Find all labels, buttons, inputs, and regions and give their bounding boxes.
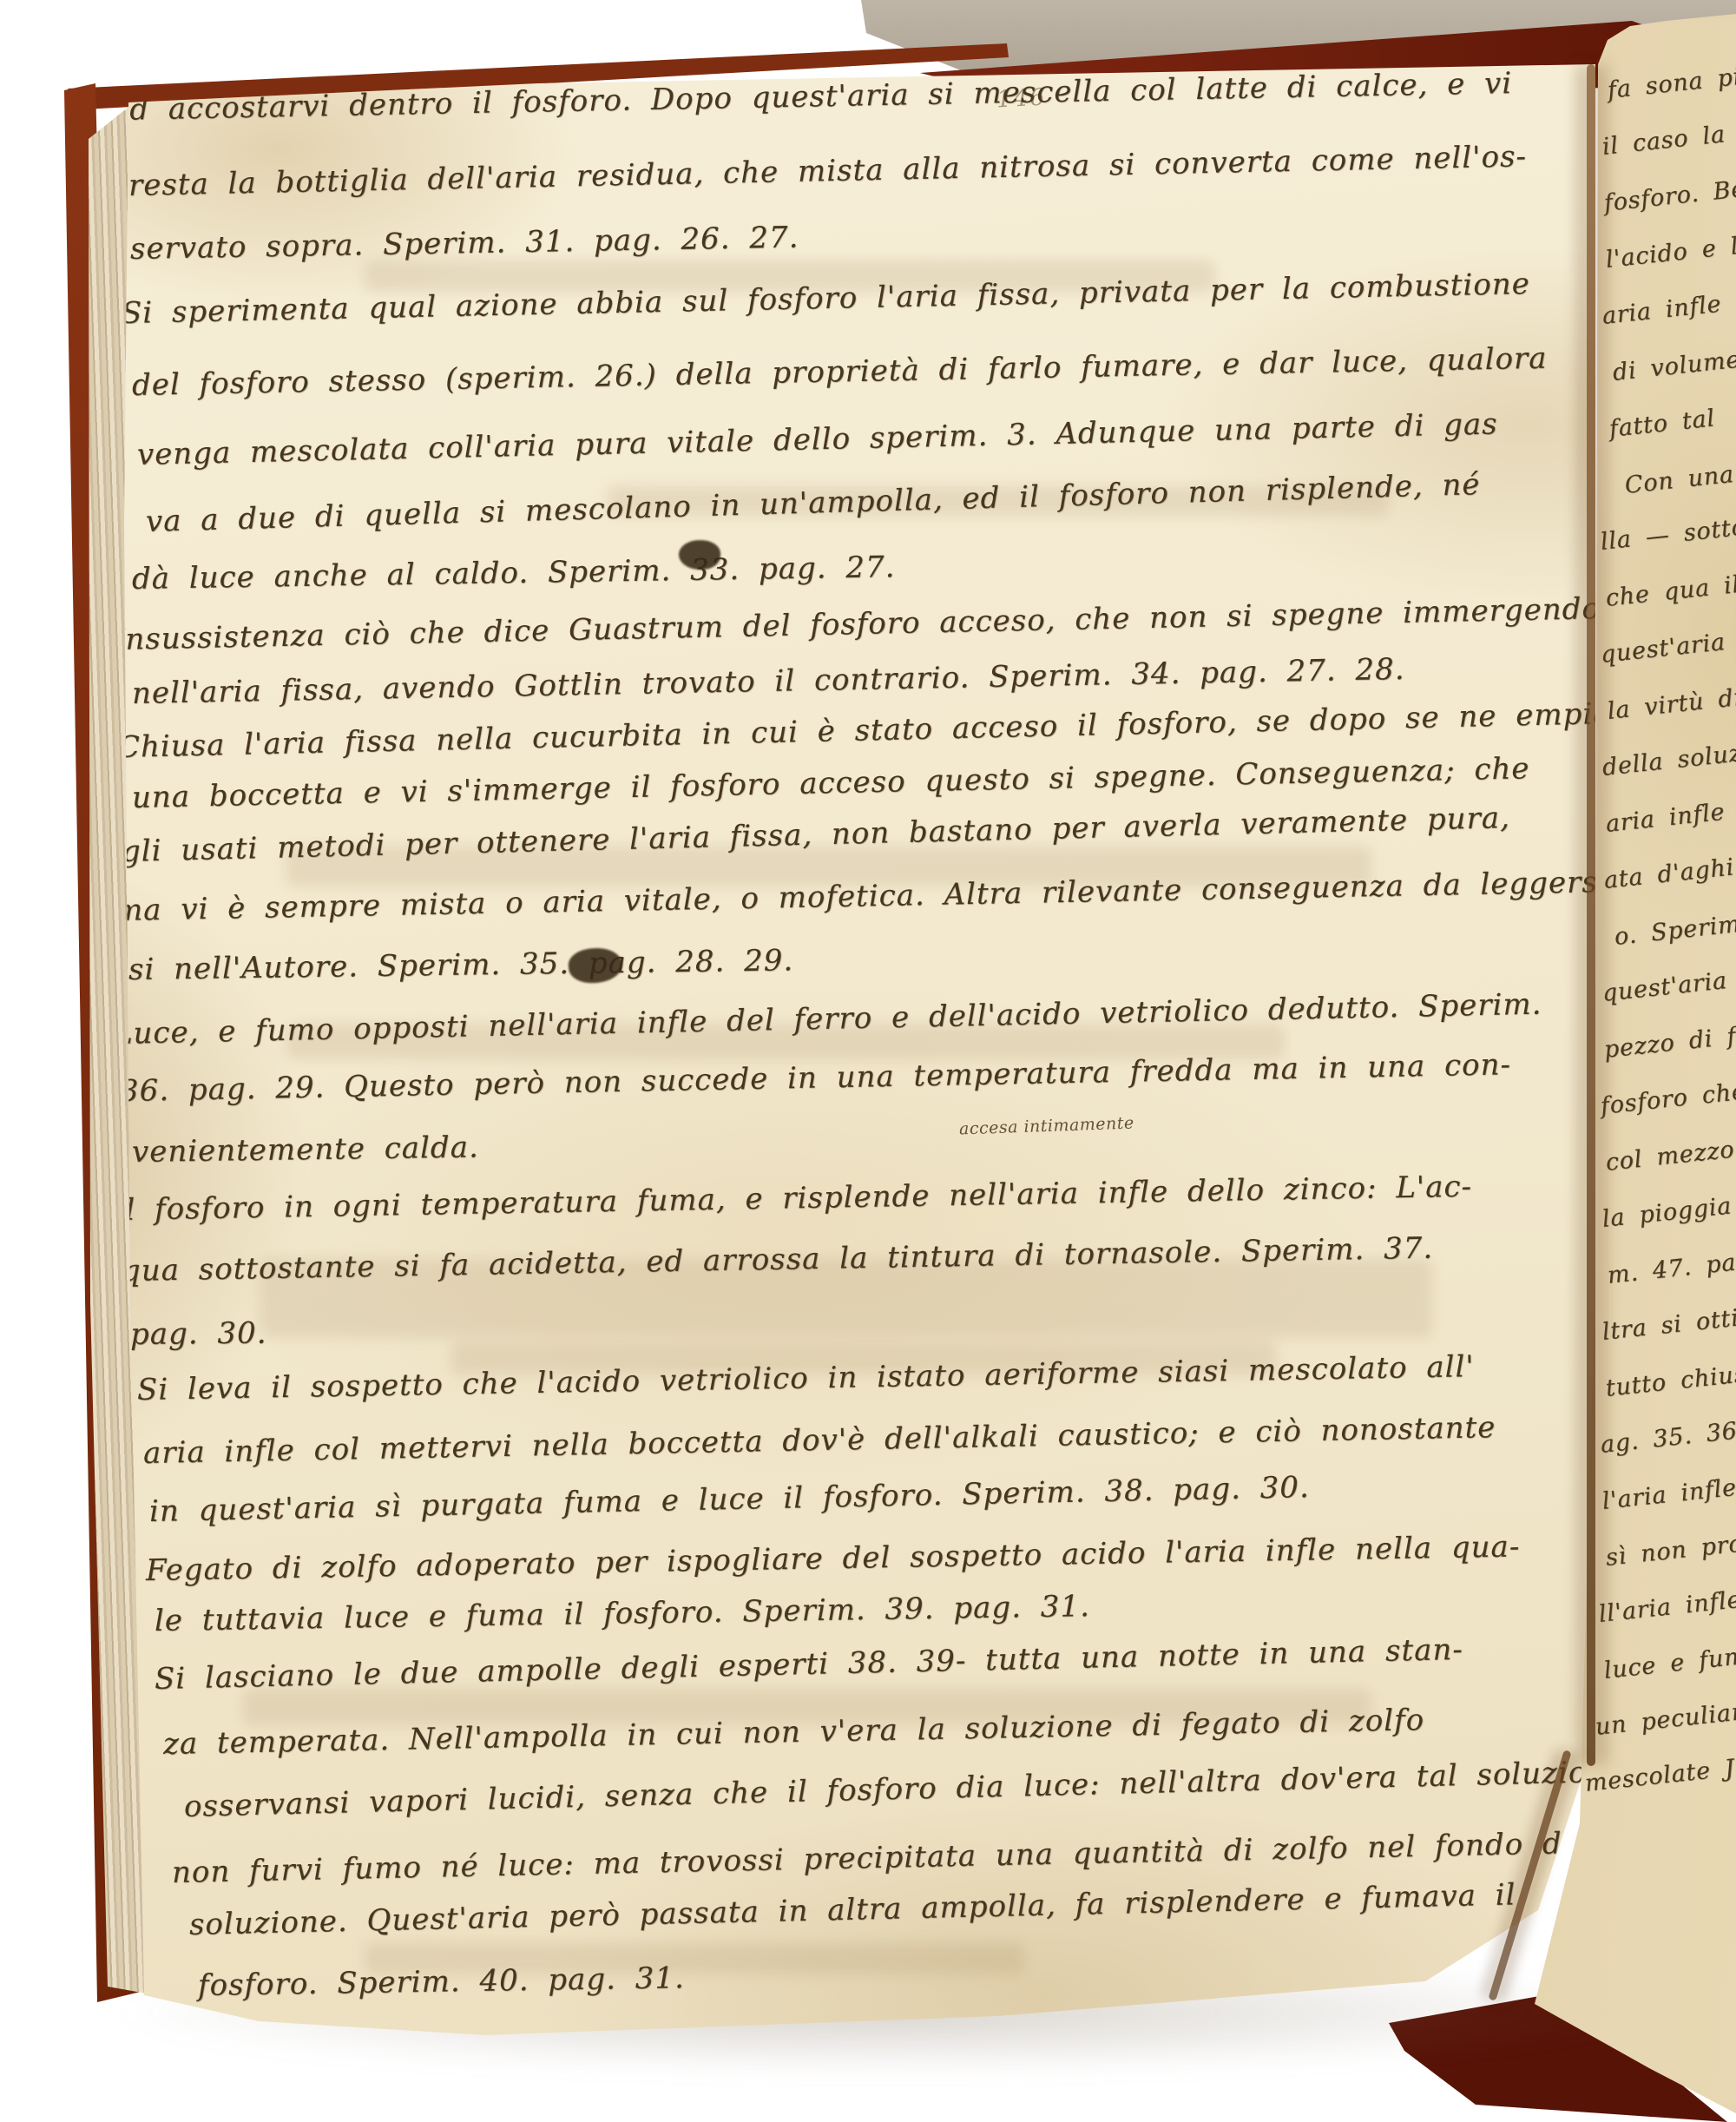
right-page-line-fragment: ll'aria infle	[1597, 1587, 1736, 1628]
right-page-line-fragment: l'acido e la	[1604, 232, 1736, 273]
manuscript-line: venientemente calda.	[132, 1130, 479, 1170]
right-page-line-fragment: tutto chiusa n	[1604, 1357, 1736, 1402]
right-page-line-fragment: aria infle vo	[1601, 287, 1736, 329]
right-page-line-fragment: lla — sottova	[1599, 511, 1736, 556]
right-page-line-fragment: ag. 35. 36.	[1599, 1418, 1736, 1459]
right-page-line-fragment: l'aria infle d	[1601, 1472, 1736, 1514]
manuscript-line: osservansi vapori lucidi, senza che il f…	[184, 1755, 1626, 1824]
manuscript-line: fosforo. Sperim. 40. pag. 31.	[198, 1961, 685, 2003]
right-page-line-fragment: m. 47. pag	[1606, 1249, 1736, 1289]
right-page-line-fragment: luce e fuma	[1602, 1642, 1736, 1684]
right-page-line-fragment: quest'aria p	[1601, 965, 1736, 1006]
right-page-line-fragment: fosforo. Bensì	[1602, 173, 1736, 217]
manuscript-line: in quest'aria sì purgata fuma e luce il …	[149, 1471, 1310, 1529]
right-page-line-fragment: ltra si ottiene	[1601, 1301, 1736, 1345]
manuscript-line: le tuttavia luce e fuma il fosforo. Sper…	[155, 1590, 1090, 1638]
manuscript-line: Il fosforo in ogni temperatura fuma, e r…	[113, 1170, 1473, 1228]
right-page-line-fragment: Con una	[1623, 462, 1735, 499]
manuscript-line: resta la bottiglia dell'aria residua, ch…	[128, 140, 1528, 203]
right-page-line-fragment: di volume	[1611, 347, 1736, 386]
manuscript-line: soluzione. Quest'aria però passata in al…	[189, 1878, 1516, 1942]
manuscript-line: aria infle col mettervi nella boccetta d…	[143, 1411, 1496, 1471]
right-page-line-fragment: della soluzione	[1601, 735, 1736, 781]
left-page: 146 ad accostarvi dentro il fosforo. Dop…	[0, 0, 1736, 2122]
manuscript-line: del fosforo stesso (sperim. 26.) della p…	[132, 342, 1548, 403]
manuscript-line: va a due di quella si mescolano in un'am…	[145, 468, 1481, 539]
page-gutter	[1587, 64, 1595, 1766]
manuscript-line: Si lasciano le due ampolle degli esperti…	[155, 1633, 1464, 1697]
manuscript-line: venga mescolata coll'aria pura vitale de…	[137, 407, 1499, 472]
right-page-line-fragment: fa sona più	[1606, 63, 1736, 104]
manuscript-line: dà luce anche al caldo. Sperim. 33. pag.…	[132, 550, 896, 596]
manuscript-line: pag. 30.	[130, 1317, 267, 1352]
right-page-line-fragment: la pioggia fatt	[1601, 1187, 1736, 1232]
manuscript-photo: 146 ad accostarvi dentro il fosforo. Dop…	[0, 0, 1736, 2122]
manuscript-line: Insussistenza ciò che dice Guastrum del …	[113, 591, 1630, 657]
right-page-line-fragment: la virtù di	[1606, 685, 1736, 725]
manuscript-line: nell'aria fissa, avendo Gottlin trovato …	[132, 653, 1405, 711]
right-page-line-fragment: mescolate Jud	[1583, 1752, 1736, 1796]
right-page-line-fragment: ata d'aghi	[1602, 854, 1735, 893]
right-page-line-fragment: aria infle	[1604, 800, 1726, 838]
manuscript-line: ad accostarvi dentro il fosforo. Dopo qu…	[111, 67, 1513, 128]
right-page-line-fragment: che qua il	[1604, 572, 1736, 612]
right-page-line-fragment: fatto tal	[1608, 405, 1716, 442]
right-page-line-fragment: o. Sperim.	[1613, 911, 1736, 951]
right-page-line-fragment: col mezzo del	[1604, 1131, 1736, 1176]
right-page-line-fragment: pezzo di fosf	[1602, 1020, 1736, 1064]
right-page-line-fragment: sì non prod	[1604, 1530, 1736, 1572]
right-page-line-fragment: quest'aria in	[1599, 625, 1736, 668]
manuscript-line: si nell'Autore. Sperim. 35. pag. 28. 29.	[128, 944, 794, 987]
interline-note: accesa intimamente	[959, 1113, 1134, 1138]
manuscript-line: Fegato di zolfo adoperato per ispogliare…	[146, 1530, 1521, 1588]
right-page-line-fragment: un peculiare d'	[1594, 1694, 1736, 1741]
right-page-line-fragment: il caso la sol	[1601, 116, 1736, 160]
right-page-line-fragment: fosforo che n	[1599, 1076, 1736, 1120]
